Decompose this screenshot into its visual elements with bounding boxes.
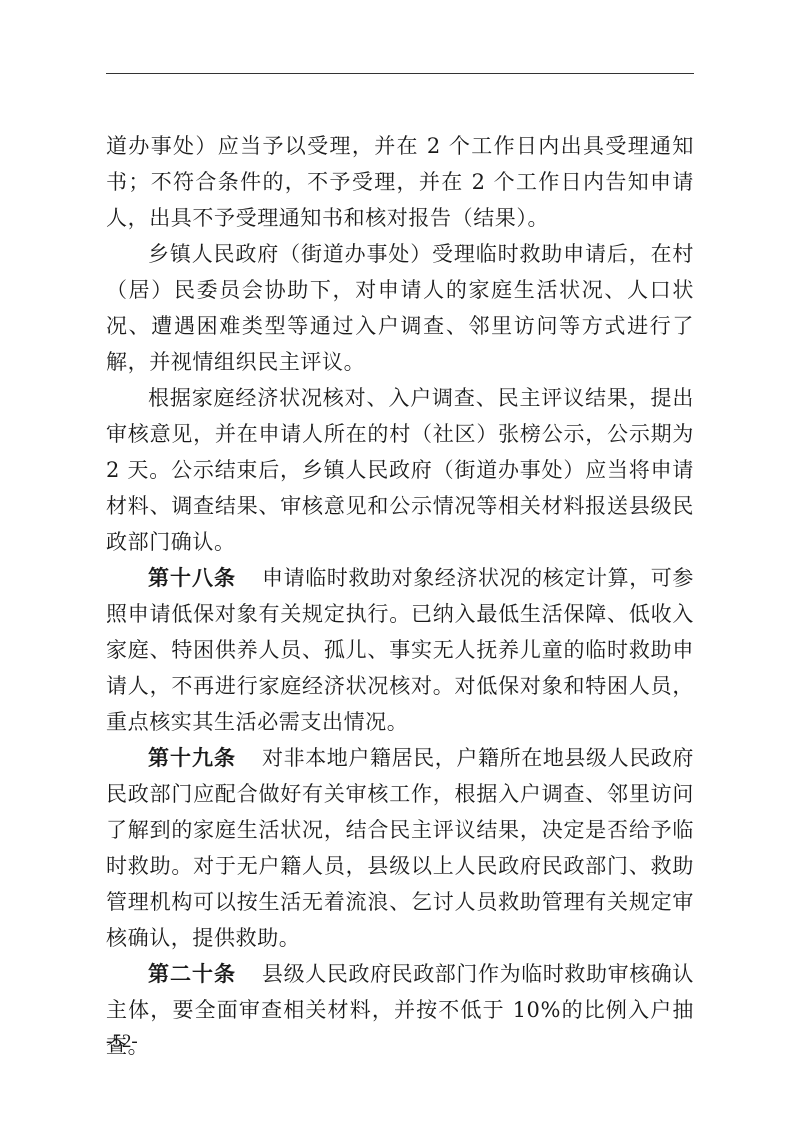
article-title: 第十九条 [148, 746, 236, 770]
document-body: 道办事处）应当予以受理，并在 2 个工作日内出具受理通知书；不符合条件的，不予受… [106, 128, 694, 1064]
article-19: 第十九条对非本地户籍居民，户籍所在地县级人民政府民政部门应配合做好有关审核工作，… [106, 740, 694, 956]
paragraph-text: 根据家庭经济状况核对、入户调查、民主评议结果，提出审核意见，并在申请人所在的村（… [106, 386, 694, 554]
article-20: 第二十条县级人民政府民政部门作为临时救助审核确认主体，要全面审查相关材料，并按不… [106, 956, 694, 1064]
page-number: -52- [106, 1031, 138, 1053]
paragraph-text: 乡镇人民政府（街道办事处）受理临时救助申请后，在村（居）民委员会协助下，对申请人… [106, 242, 694, 374]
article-text: 对非本地户籍居民，户籍所在地县级人民政府民政部门应配合做好有关审核工作，根据入户… [106, 746, 694, 950]
article-title: 第二十条 [148, 962, 236, 986]
paragraph-continuation: 道办事处）应当予以受理，并在 2 个工作日内出具受理通知书；不符合条件的，不予受… [106, 128, 694, 236]
article-18: 第十八条申请临时救助对象经济状况的核定计算，可参照申请低保对象有关规定执行。已纳… [106, 560, 694, 740]
article-text: 申请临时救助对象经济状况的核定计算，可参照申请低保对象有关规定执行。已纳入最低生… [106, 566, 694, 734]
article-title: 第十八条 [148, 566, 236, 590]
paragraph-publicity: 根据家庭经济状况核对、入户调查、民主评议结果，提出审核意见，并在申请人所在的村（… [106, 380, 694, 560]
paragraph-text: 道办事处）应当予以受理，并在 2 个工作日内出具受理通知书；不符合条件的，不予受… [106, 134, 694, 230]
paragraph-acceptance-review: 乡镇人民政府（街道办事处）受理临时救助申请后，在村（居）民委员会协助下，对申请人… [106, 236, 694, 380]
header-rule [106, 73, 694, 74]
